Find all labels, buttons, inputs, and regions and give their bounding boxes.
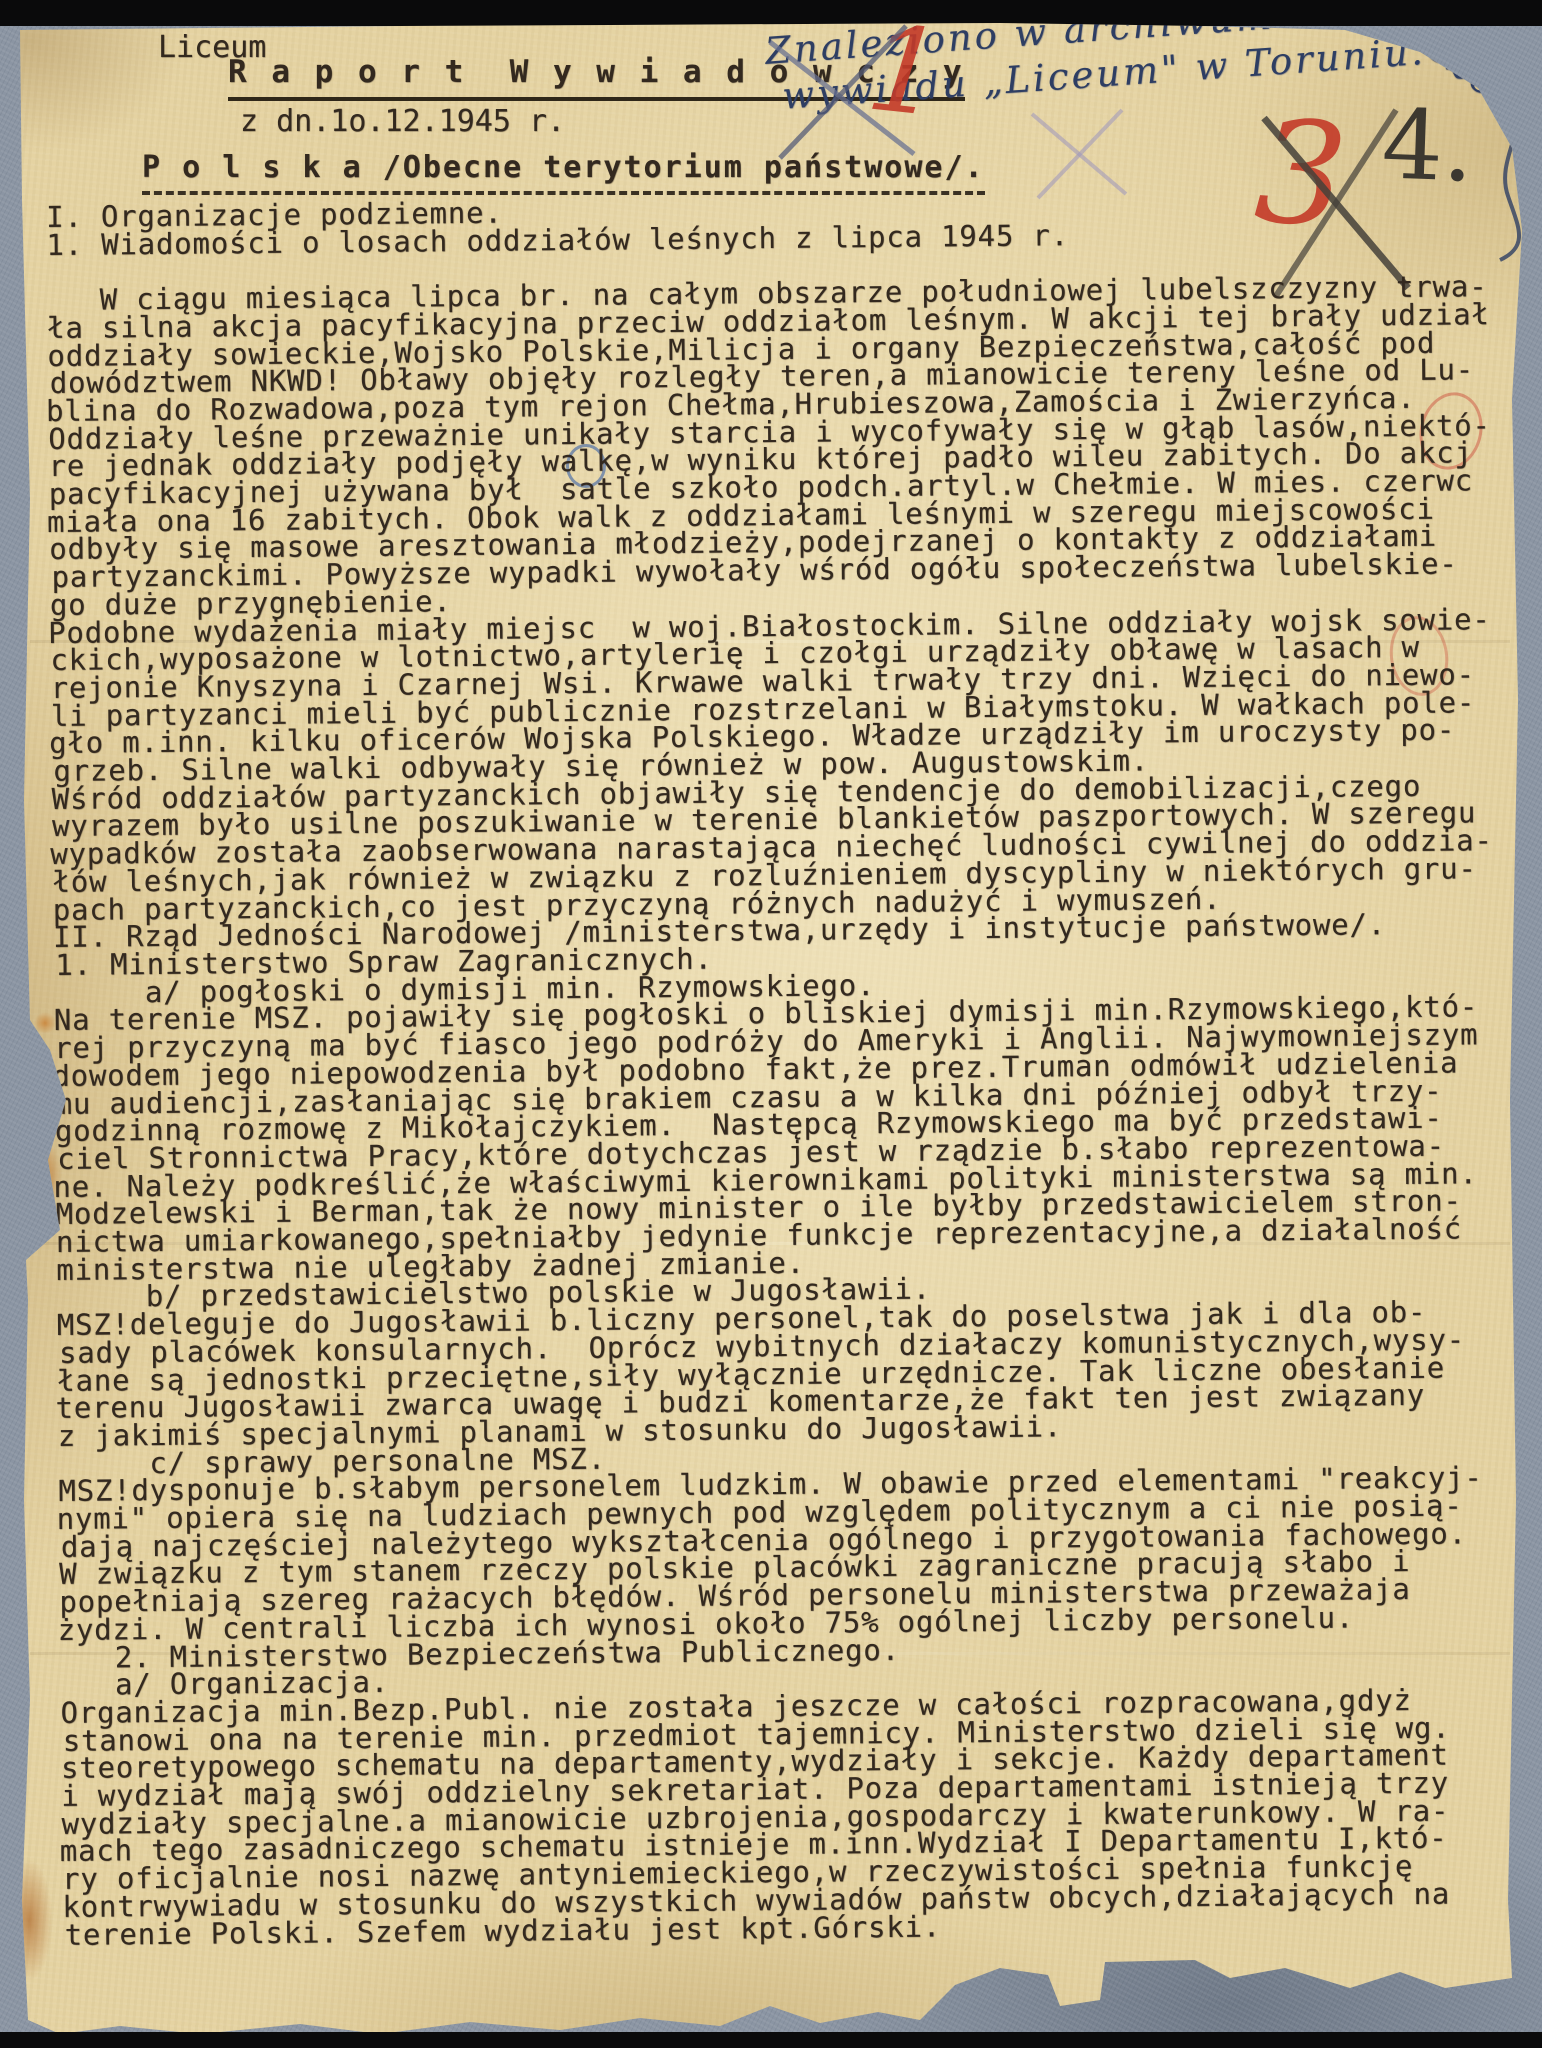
paper-stain	[34, 1012, 56, 1034]
paper-sheet: Liceum R a p o r t W y w i a d o w c z y…	[0, 0, 1542, 2048]
document-date: z dn.1o.12.1945 r.	[240, 104, 565, 139]
page-number-pencil-4: 4.	[1380, 88, 1475, 203]
pencil-x-over-red-1	[756, 16, 926, 166]
scan-edge-bar-top	[0, 0, 1542, 26]
document-body: I. Organizacje podziemne.1. Wiadomości o…	[46, 190, 1542, 1949]
faint-pencil-x	[1020, 98, 1140, 208]
scan-edge-bar-bottom	[0, 2032, 1542, 2048]
scanned-document-page: Liceum R a p o r t W y w i a d o w c z y…	[0, 0, 1542, 2048]
